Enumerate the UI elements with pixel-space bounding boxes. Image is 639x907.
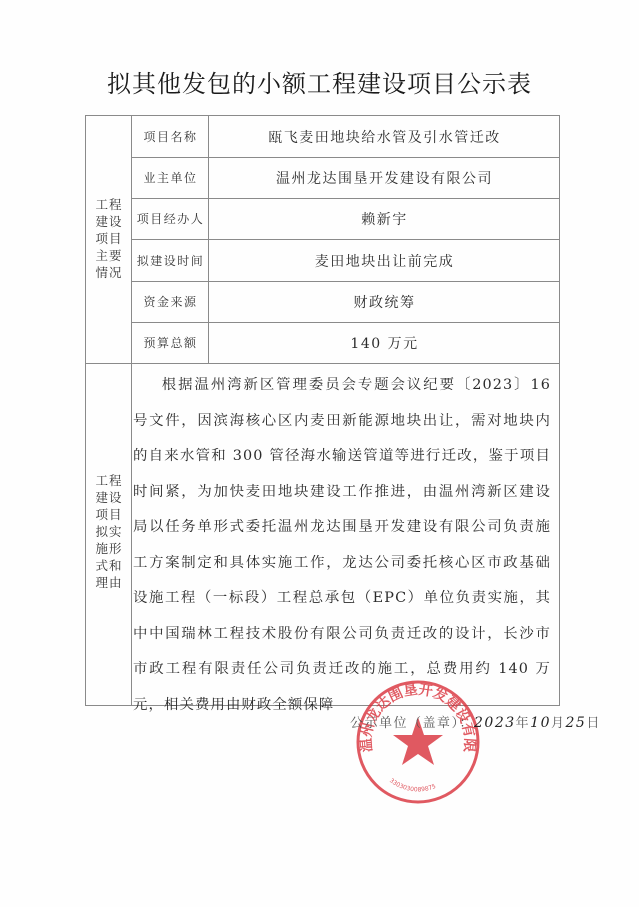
label-line: 工程 xyxy=(86,472,132,489)
label-line: 式和 xyxy=(86,557,132,574)
reason-paragraph: 根据温州湾新区管理委员会专题会议纪要〔2023〕16 号文件，因滨海核心区内麦田… xyxy=(133,368,551,723)
label-line: 建设 xyxy=(86,213,132,230)
row-divider xyxy=(132,239,560,240)
row-label-project-name: 项目名称 xyxy=(132,128,209,145)
label-line: 拟实 xyxy=(86,523,132,540)
row-label-budget: 预算总额 xyxy=(132,334,209,351)
date-day: 25 xyxy=(566,715,587,731)
document-title: 拟其他发包的小额工程建设项目公示表 xyxy=(0,64,639,99)
label-line: 项目 xyxy=(86,230,132,247)
row-divider xyxy=(132,322,560,323)
label-line: 主要 xyxy=(86,247,132,264)
section-divider xyxy=(86,363,560,364)
row-label-owner: 业主单位 xyxy=(132,169,209,186)
date-year: 2023 xyxy=(474,715,516,731)
date-month: 10 xyxy=(530,715,551,731)
day-suffix: 日 xyxy=(586,716,601,731)
signature-line: 公示单位（盖章）：2023年10月25日 xyxy=(350,712,601,731)
month-suffix: 月 xyxy=(551,716,566,731)
row-label-schedule: 拟建设时间 xyxy=(132,252,209,269)
group-label-main: 工程 建设 项目 主要 情况 xyxy=(86,196,132,281)
year-suffix: 年 xyxy=(516,716,531,731)
label-line: 工程 xyxy=(86,196,132,213)
row-value-schedule: 麦田地块出让前完成 xyxy=(209,251,560,271)
row-value-owner: 温州龙达围垦开发建设有限公司 xyxy=(209,168,560,188)
row-value-funding: 财政统筹 xyxy=(209,292,560,312)
row-label-handler: 项目经办人 xyxy=(132,210,209,227)
row-divider xyxy=(132,281,560,282)
row-divider xyxy=(132,198,560,199)
svg-text:3303030089875: 3303030089875 xyxy=(388,777,437,793)
group-label-reason: 工程 建设 项目 拟实 施形 式和 理由 xyxy=(86,472,132,591)
label-line: 项目 xyxy=(86,506,132,523)
publisher-label: 公示单位（盖章）： xyxy=(350,716,474,731)
row-value-budget: 140 万元 xyxy=(209,333,560,353)
row-value-handler: 赖新宇 xyxy=(209,209,560,229)
label-line: 理由 xyxy=(86,574,132,591)
row-divider xyxy=(132,157,560,158)
row-label-funding: 资金来源 xyxy=(132,293,209,310)
label-line: 施形 xyxy=(86,540,132,557)
row-value-project-name: 瓯飞麦田地块给水管及引水管迁改 xyxy=(209,127,560,147)
implementation-reason-text: 根据温州湾新区管理委员会专题会议纪要〔2023〕16 号文件，因滨海核心区内麦田… xyxy=(133,368,551,723)
column-divider xyxy=(208,116,209,364)
label-line: 建设 xyxy=(86,489,132,506)
label-line: 情况 xyxy=(86,264,132,281)
company-seal-icon: 温州龙达围垦开发建设有限公司 3303030089875 xyxy=(353,677,483,807)
